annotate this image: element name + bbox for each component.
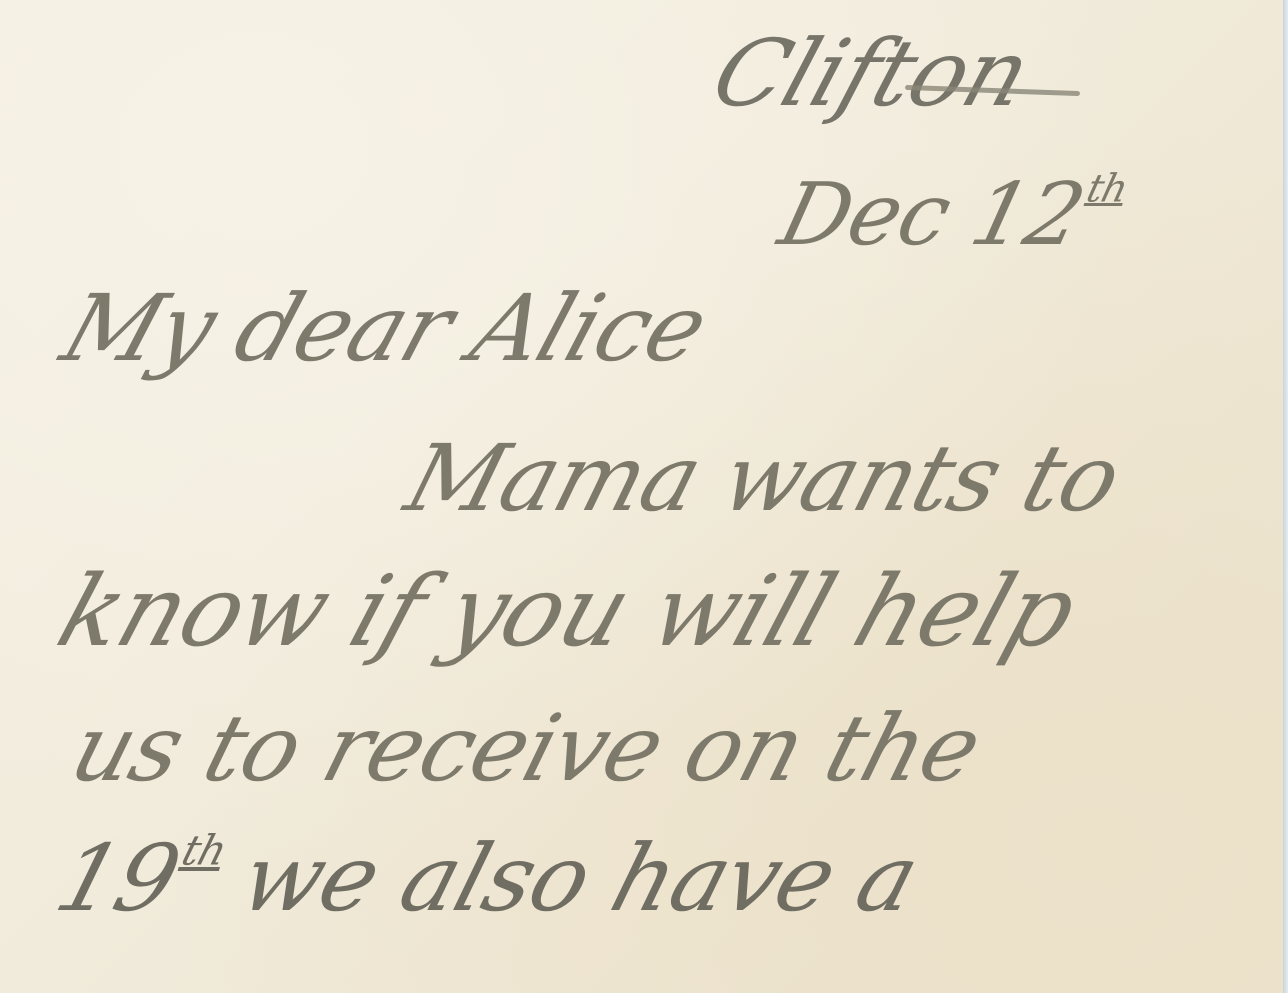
date-text: Dec 12 <box>770 165 1094 265</box>
day-number: 19 <box>45 825 191 932</box>
body-line-3: us to receive on the <box>60 695 992 802</box>
salutation: My dear Alice <box>50 275 720 382</box>
scan-edge <box>1283 0 1288 993</box>
letter-date: Dec 12th <box>770 165 1132 265</box>
body-line-4-rest: we also have a <box>201 825 929 932</box>
body-line-1: Mama wants to <box>395 425 1132 532</box>
body-line-2: know if you will help <box>45 555 1089 669</box>
letter-page: Clifton Dec 12th My dear Alice Mama want… <box>0 0 1283 993</box>
letter-place: Clifton <box>700 20 1043 127</box>
body-line-4: 19th we also have a <box>45 825 929 932</box>
